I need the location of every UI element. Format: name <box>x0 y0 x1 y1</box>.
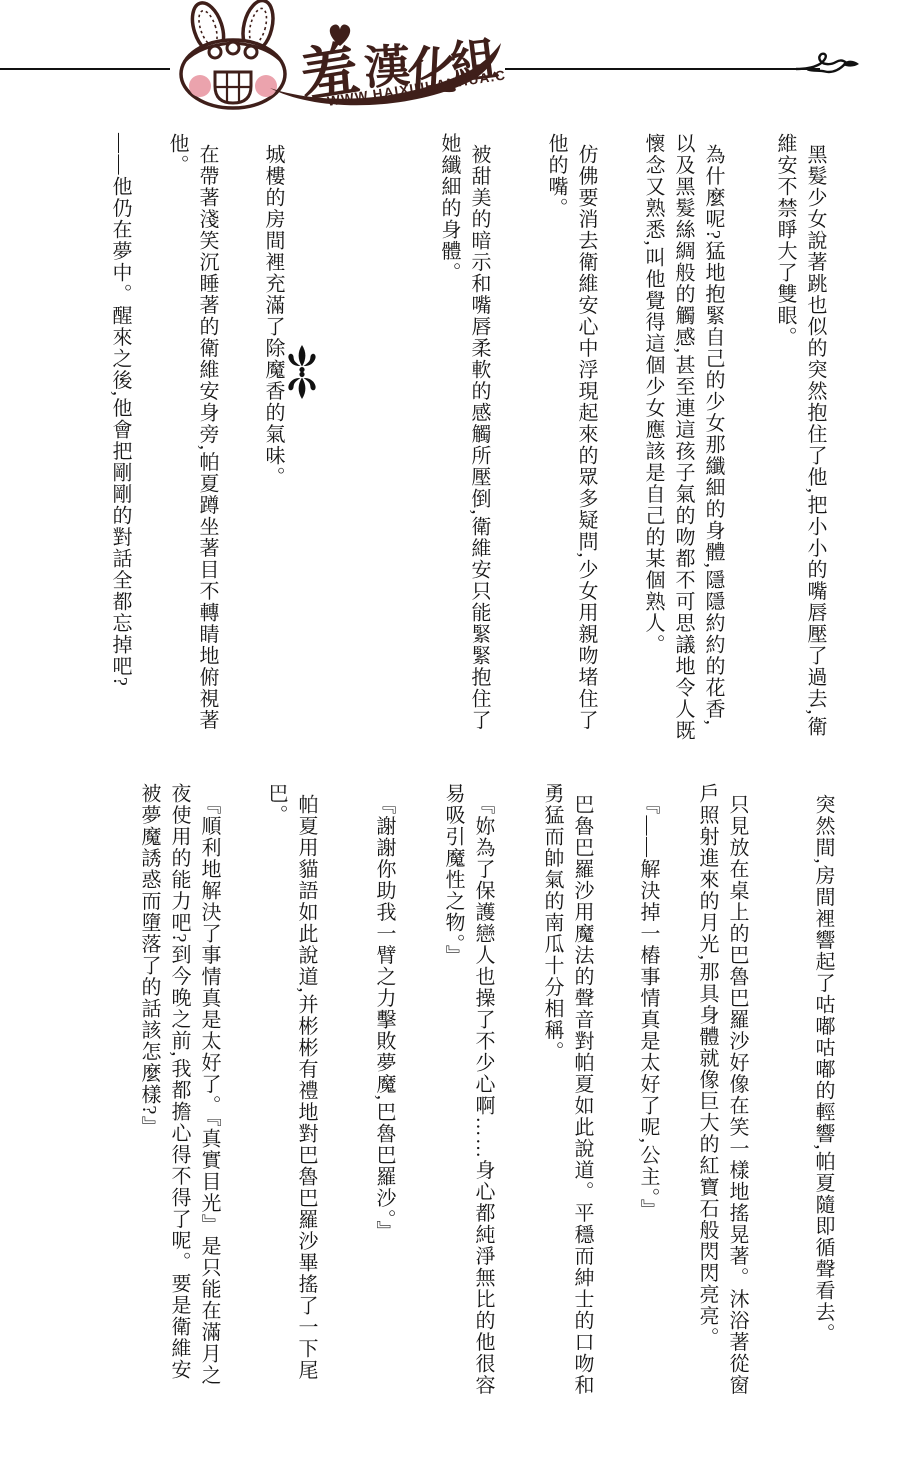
paragraph: 黑髮少女說著跳也似的突然抱住了他,把小小的嘴唇壓了過去,衛維安不禁睜大了雙眼。 <box>770 133 830 745</box>
paragraph: 只見放在桌上的巴魯巴羅沙好像在笑一樣地搖晃著。沐浴著從窗戶照射進來的月光,那具身… <box>692 783 752 1397</box>
paragraph: 『謝謝你助我一臂之力擊敗夢魔,巴魯巴羅沙。』 <box>369 783 399 1397</box>
scanlation-logo: 羞 漢 化 組 WWW.HAIXIUHANHUA.COM <box>170 0 505 118</box>
paragraph: 在帶著淺笑沉睡著的衛維安身旁,帕夏蹲坐著目不轉睛地俯視著他。 <box>162 133 222 745</box>
paragraph: 巴魯巴羅沙用魔法的聲音對帕夏如此說道。平穩而紳士的口吻和勇猛而帥氣的南瓜十分相稱… <box>537 783 597 1397</box>
paragraph: 被甜美的暗示和嘴唇柔軟的感觸所壓倒,衛維安只能緊緊抱住了她纖細的身體。 <box>434 133 494 745</box>
paragraph: 仿佛要消去衛維安心中浮現起來的眾多疑問,少女用親吻堵住了他的嘴。 <box>541 133 601 745</box>
top-text-block: 黑髮少女說著跳也似的突然抱住了他,把小小的嘴唇壓了過去,衛維安不禁睜大了雙眼。 … <box>70 133 830 745</box>
mouth-grid <box>215 72 251 103</box>
paragraph: 突然間,房間裡響起了咕嘟咕嘟的輕響,帕夏隨即循聲看去。 <box>808 783 838 1397</box>
fleur-divider-icon <box>287 345 317 399</box>
bottom-text-block: 突然間,房間裡響起了咕嘟咕嘟的輕響,帕夏隨即循聲看去。 只見放在桌上的巴魯巴羅沙… <box>98 783 838 1397</box>
paragraph: 『——解決掉一樁事情真是太好了呢,公主。』 <box>633 783 663 1397</box>
paragraph: 帕夏用貓語如此說道,并彬彬有禮地對巴魯巴羅沙畢搖了一下尾巴。 <box>261 783 321 1397</box>
paragraph: 『順利地解決了事情真是太好了。『真實目光』是只能在滿月之夜使用的能力吧?到今晚之… <box>134 783 224 1397</box>
blush-left <box>189 75 211 97</box>
paragraph: 為什麼呢?猛地抱緊自己的少女那纖細的身體,隱隱約約的花香,以及黑髮絲綢般的觸感,… <box>638 133 728 745</box>
flourish-icon <box>796 50 862 90</box>
blush-right <box>255 75 277 97</box>
paragraph: ——他仍在夢中。醒來之後,他會把剛剛的對話全都忘掉吧? <box>105 133 135 745</box>
paragraph: 城樓的房間裡充滿了除魔香的氣味。 <box>258 133 288 745</box>
paragraph: 『妳為了保護戀人也操了不少心啊……身心都純淨無比的他很容易吸引魔性之物。』 <box>438 783 498 1397</box>
